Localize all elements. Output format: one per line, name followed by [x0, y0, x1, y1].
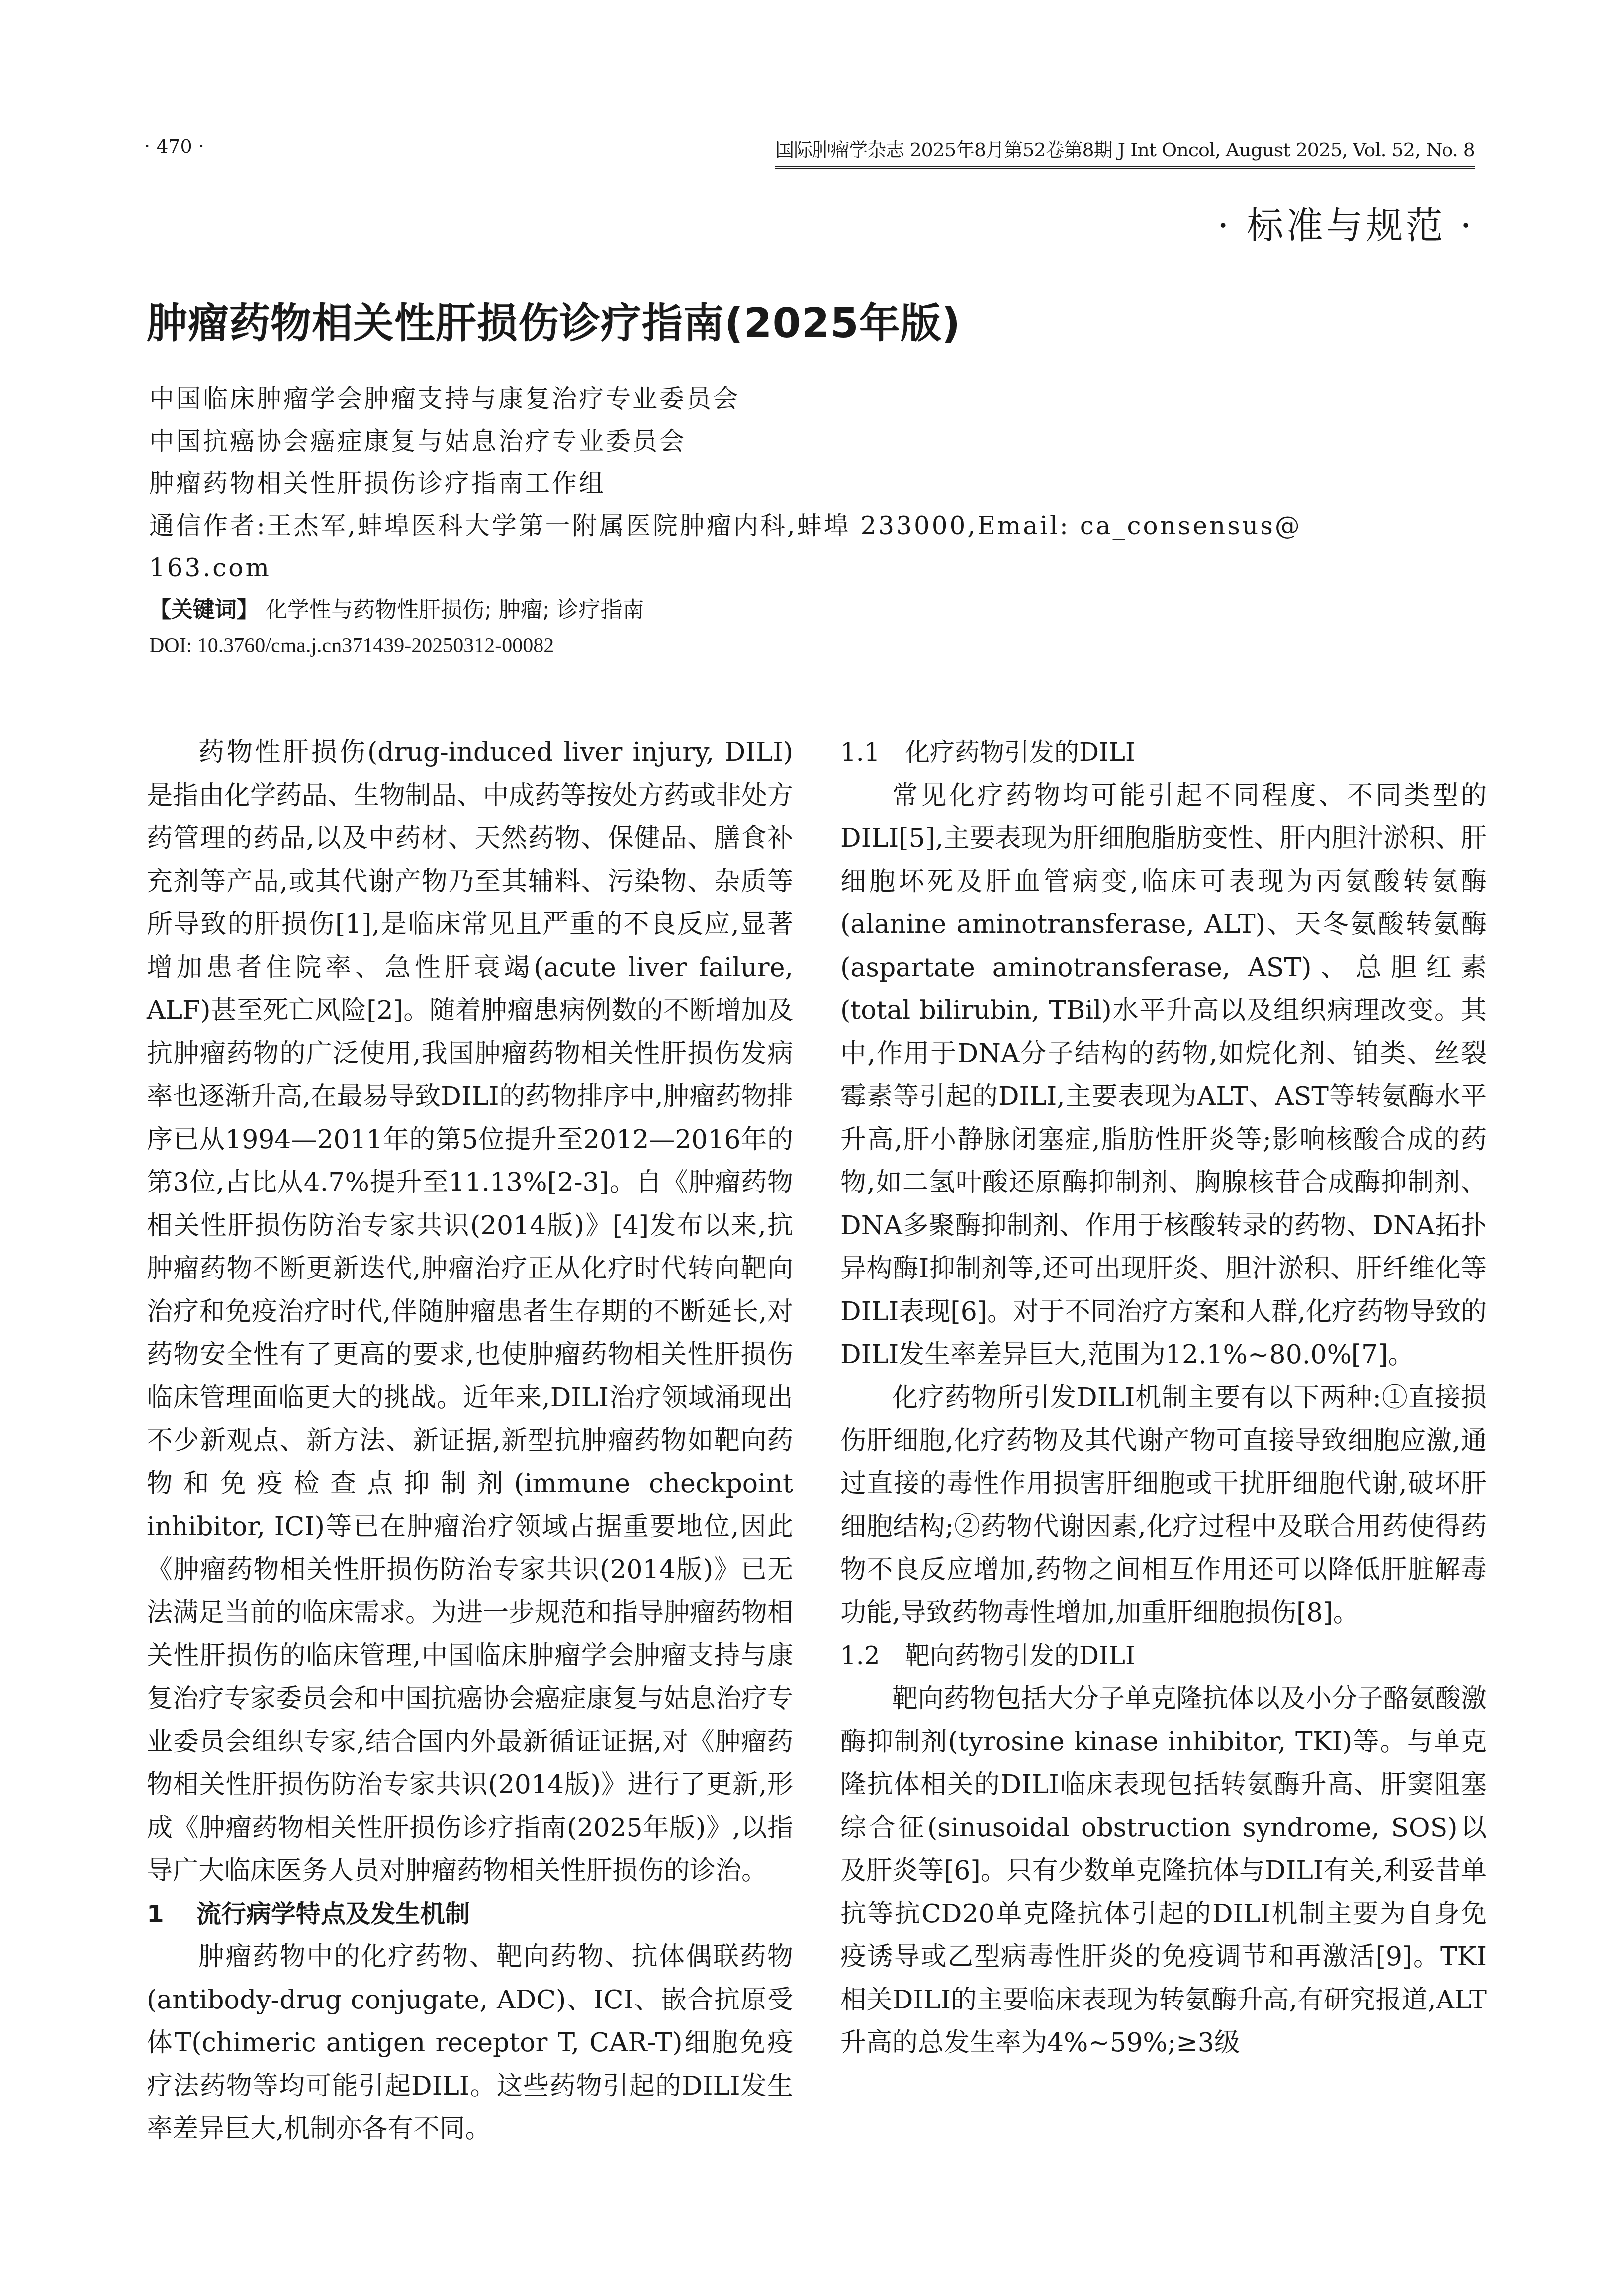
corresponding-email-cont: 163.com [149, 547, 1293, 589]
subsection-title: 靶向药物引发的DILI [905, 1641, 1135, 1670]
corresponding-author: 通信作者:王杰军,蚌埠医科大学第一附属医院肿瘤内科,蚌埠 233000,Emai… [149, 505, 1293, 547]
section-1-heading: 1流行病学特点及发生机制 [147, 1893, 793, 1936]
column-label: · 标准与规范 · [1217, 196, 1475, 249]
section-title: 流行病学特点及发生机制 [196, 1900, 470, 1928]
section-1-paragraph: 肿瘤药物中的化疗药物、靶向药物、抗体偶联药物(antibody-drug con… [147, 1935, 793, 2151]
section-1-1-heading: 1.1化疗药物引发的DILI [840, 731, 1487, 774]
author-org-1: 中国临床肿瘤学会肿瘤支持与康复治疗专业委员会 [149, 378, 1293, 420]
keywords: 【关键词】 化学性与药物性肝损伤; 肿瘤; 诊疗指南 [149, 592, 644, 624]
section-1-2-paragraph-1: 靶向药物包括大分子单克隆抗体以及小分子酪氨酸激酶抑制剂(tyrosine kin… [840, 1677, 1487, 2065]
right-column: 1.1化疗药物引发的DILI 常见化疗药物均可能引起不同程度、不同类型的DILI… [840, 731, 1487, 2065]
section-1-1-paragraph-1: 常见化疗药物均可能引起不同程度、不同类型的DILI[5],主要表现为肝细胞脂肪变… [840, 774, 1487, 1376]
author-org-2: 中国抗癌协会癌症康复与姑息治疗专业委员会 [149, 420, 1293, 462]
author-org-3: 肿瘤药物相关性肝损伤诊疗指南工作组 [149, 462, 1293, 505]
keywords-text: 化学性与药物性肝损伤; 肿瘤; 诊疗指南 [266, 597, 644, 623]
subsection-number: 1.2 [840, 1635, 905, 1678]
journal-citation: 国际肿瘤学杂志 2025年8月第52卷第8期 J Int Oncol, Augu… [775, 134, 1475, 169]
author-block: 中国临床肿瘤学会肿瘤支持与康复治疗专业委员会 中国抗癌协会癌症康复与姑息治疗专业… [149, 378, 1293, 589]
section-number: 1 [147, 1893, 196, 1936]
page-number: · 470 · [144, 135, 204, 157]
doi[interactable]: DOI: 10.3760/cma.j.cn371439-20250312-000… [149, 634, 554, 658]
running-header: · 470 · 国际肿瘤学杂志 2025年8月第52卷第8期 J Int Onc… [144, 130, 1475, 161]
subsection-number: 1.1 [840, 731, 905, 774]
subsection-title: 化疗药物引发的DILI [905, 738, 1135, 767]
article-title: 肿瘤药物相关性肝损伤诊疗指南(2025年版) [147, 291, 961, 349]
keywords-label: 【关键词】 [149, 597, 259, 623]
section-1-1-paragraph-2: 化疗药物所引发DILI机制主要有以下两种:①直接损伤肝细胞,化疗药物及其代谢产物… [840, 1376, 1487, 1635]
intro-paragraph: 药物性肝损伤(drug-induced liver injury, DILI)是… [147, 731, 793, 1893]
left-column: 药物性肝损伤(drug-induced liver injury, DILI)是… [147, 731, 793, 2151]
section-1-2-heading: 1.2靶向药物引发的DILI [840, 1635, 1487, 1678]
